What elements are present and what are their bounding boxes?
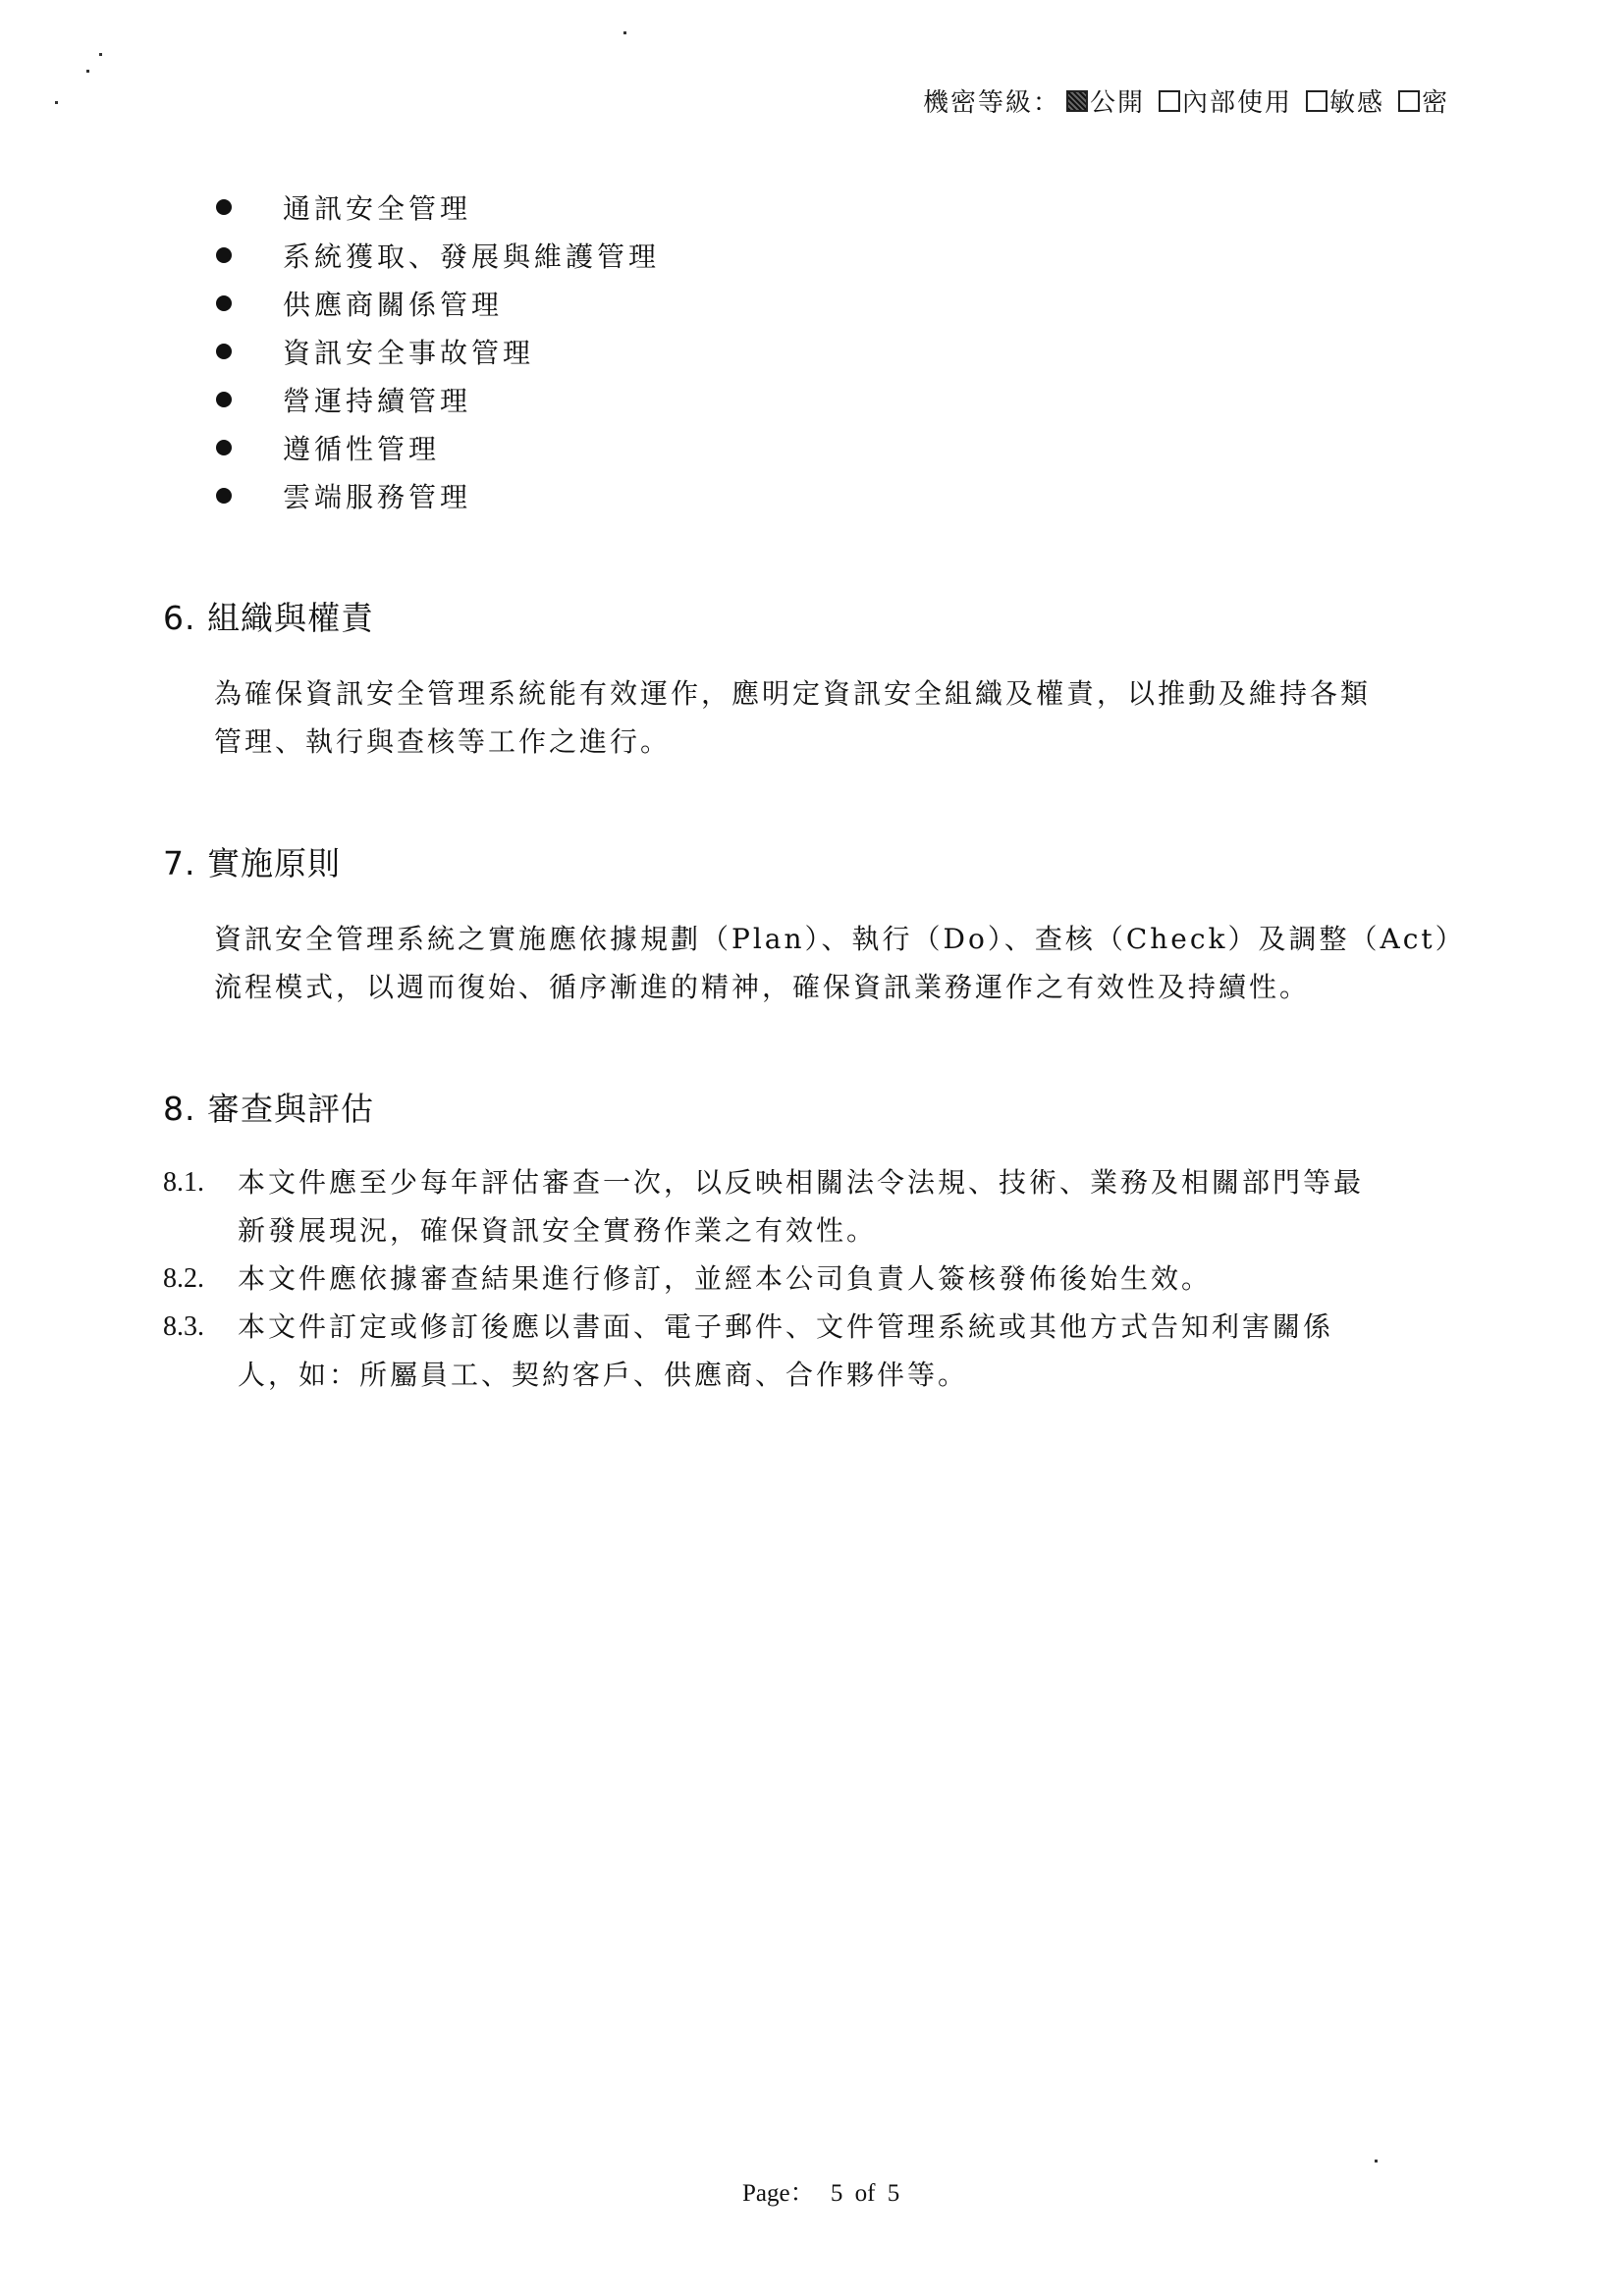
scan-speck [55, 101, 58, 104]
page-label: Page： [742, 2180, 815, 2207]
scan-speck [99, 53, 102, 56]
list-item-text: 營運持續管理 [283, 380, 471, 419]
section-heading-7: 7. 實施原則 [163, 838, 341, 884]
list-item: 遵循性管理 [216, 423, 660, 471]
list-item: 通訊安全管理 [216, 183, 660, 231]
numbered-item-8-1: 8.1. 本文件應至少每年評估審查一次，以反映相關法令法規、技術、業務及相關部門… [163, 1158, 1364, 1255]
list-item: 供應商關係管理 [216, 279, 660, 327]
page-of: of [855, 2180, 876, 2207]
bullet-icon [216, 344, 232, 359]
list-item: 雲端服務管理 [216, 471, 660, 519]
bullet-icon [216, 392, 232, 407]
section-6-paragraph: 為確保資訊安全管理系統能有效運作，應明定資訊安全組織及權責，以推動及維持各類 管… [214, 669, 1371, 766]
option-label-sensitive: 敏感 [1329, 82, 1384, 119]
bullet-icon [216, 199, 232, 215]
item-line: 人，如：所屬員工、契約客戶、供應商、合作夥伴等。 [238, 1351, 1333, 1399]
numbered-item-8-3: 8.3. 本文件訂定或修訂後應以書面、電子郵件、文件管理系統或其他方式告知利害關… [163, 1303, 1364, 1399]
item-number: 8.1. [163, 1158, 238, 1255]
checkbox-secret[interactable] [1398, 90, 1420, 112]
page-current: 5 [831, 2180, 843, 2207]
checkbox-internal[interactable] [1159, 90, 1180, 112]
list-item-text: 資訊安全事故管理 [283, 332, 534, 371]
item-line: 本文件應依據審查結果進行修訂，並經本公司負責人簽核發佈後始生效。 [238, 1255, 1212, 1303]
item-line: 新發展現況，確保資訊安全實務作業之有效性。 [238, 1206, 1364, 1255]
bullet-icon [216, 440, 232, 455]
classification-label: 機密等級： [923, 82, 1060, 119]
list-item: 資訊安全事故管理 [216, 327, 660, 375]
scan-speck [86, 70, 89, 73]
bullet-icon [216, 295, 232, 311]
checkbox-sensitive[interactable] [1306, 90, 1327, 112]
section-heading-6: 6. 組織與權責 [163, 593, 374, 639]
list-item-text: 雲端服務管理 [283, 476, 471, 515]
bullet-icon [216, 488, 232, 504]
section-7-paragraph: 資訊安全管理系統之實施應依據規劃（Plan）、執行（Do）、查核（Check）及… [214, 915, 1466, 1011]
list-item: 營運持續管理 [216, 375, 660, 423]
list-item: 系統獲取、發展與維護管理 [216, 231, 660, 279]
paragraph-line: 管理、執行與查核等工作之進行。 [214, 718, 1371, 766]
section-heading-8: 8. 審查與評估 [163, 1084, 374, 1130]
option-label-internal: 內部使用 [1182, 82, 1292, 119]
numbered-item-8-2: 8.2. 本文件應依據審查結果進行修訂，並經本公司負責人簽核發佈後始生效。 [163, 1255, 1364, 1303]
list-item-text: 系統獲取、發展與維護管理 [283, 236, 660, 275]
option-label-secret: 密 [1422, 82, 1449, 119]
section-8-items: 8.1. 本文件應至少每年評估審查一次，以反映相關法令法規、技術、業務及相關部門… [163, 1158, 1364, 1399]
paragraph-line: 資訊安全管理系統之實施應依據規劃（Plan）、執行（Do）、查核（Check）及… [214, 915, 1466, 963]
list-item-text: 通訊安全管理 [283, 187, 471, 227]
list-item-text: 供應商關係管理 [283, 284, 503, 323]
item-line: 本文件訂定或修訂後應以書面、電子郵件、文件管理系統或其他方式告知利害關係 [238, 1303, 1333, 1351]
scan-speck [1375, 2160, 1378, 2163]
item-line: 本文件應至少每年評估審查一次，以反映相關法令法規、技術、業務及相關部門等最 [238, 1158, 1364, 1206]
item-number: 8.2. [163, 1255, 238, 1303]
page-footer: Page： 5 of 5 [742, 2173, 899, 2209]
page-total: 5 [888, 2180, 900, 2207]
item-number: 8.3. [163, 1303, 238, 1399]
list-item-text: 遵循性管理 [283, 428, 440, 467]
option-label-public: 公開 [1090, 82, 1145, 119]
scan-speck [623, 31, 626, 34]
bullet-icon [216, 247, 232, 263]
bullet-list: 通訊安全管理 系統獲取、發展與維護管理 供應商關係管理 資訊安全事故管理 營運持… [216, 183, 660, 519]
classification-header: 機密等級： 公開 內部使用 敏感 密 [923, 82, 1449, 119]
paragraph-line: 流程模式，以週而復始、循序漸進的精神，確保資訊業務運作之有效性及持續性。 [214, 963, 1466, 1011]
paragraph-line: 為確保資訊安全管理系統能有效運作，應明定資訊安全組織及權責，以推動及維持各類 [214, 669, 1371, 718]
checkbox-public[interactable] [1066, 90, 1088, 112]
